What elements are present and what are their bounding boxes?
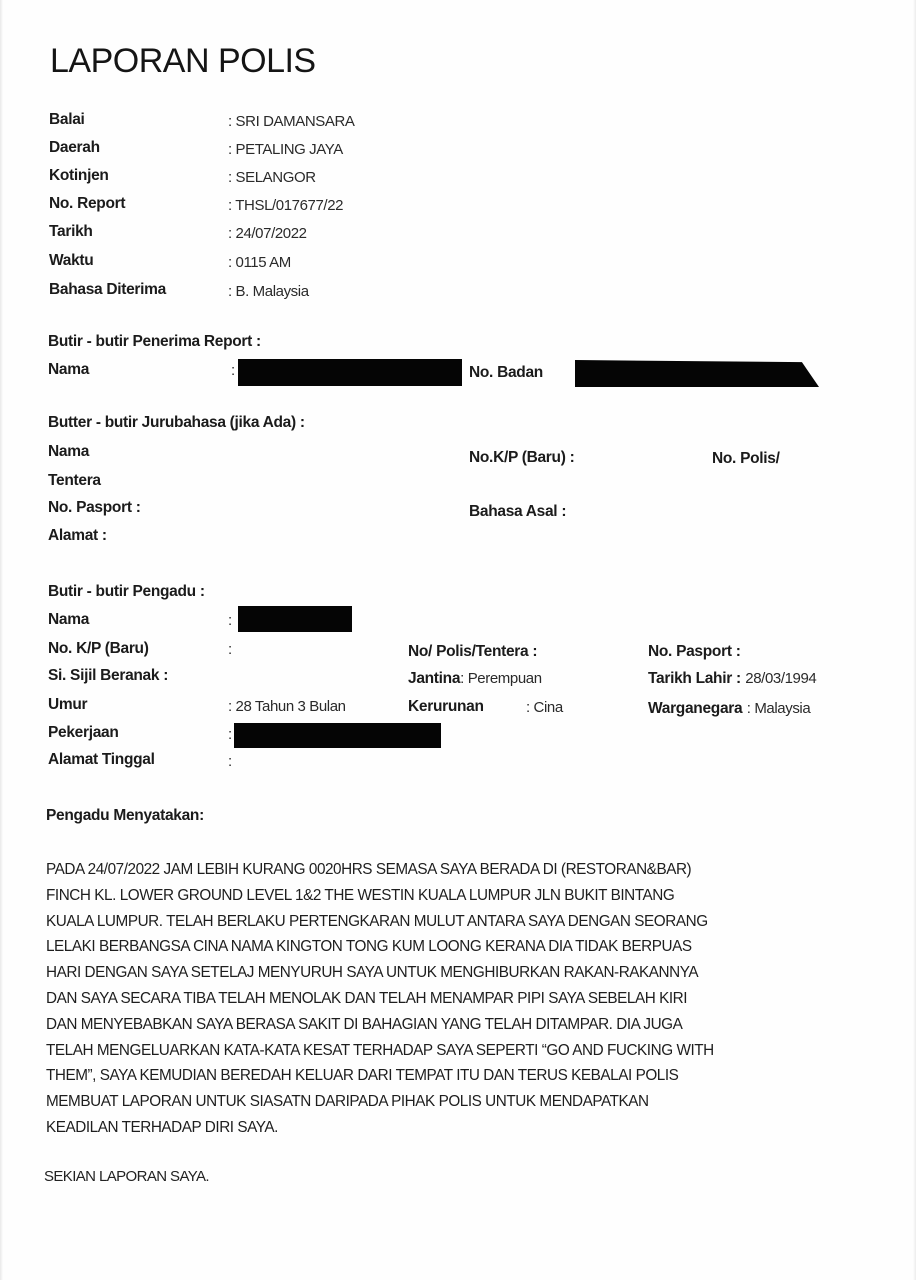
field-label-kotinjen: Kotinjen	[49, 167, 109, 185]
statement-line: DAN MENYEBABKAN SAYA BERASA SAKIT DI BAH…	[46, 1012, 866, 1038]
field-label-bahasa-diterima: Bahasa Diterima	[49, 281, 166, 299]
field-value-kotinjen: : SELANGOR	[228, 169, 316, 186]
field-label-daerah: Daerah	[49, 139, 100, 157]
pengadu-pekerjaan-label: Pekerjaan	[48, 724, 119, 742]
jurubahasa-pasport-label: No. Pasport :	[48, 499, 141, 517]
pengadu-keturunan-label: Kerurunan	[408, 698, 484, 716]
redacted-pengadu-pekerjaan	[234, 723, 441, 748]
jurubahasa-kp-label: No.K/P (Baru) :	[469, 449, 574, 467]
section-heading-pengadu: Butir - butir Pengadu :	[48, 583, 205, 601]
pengadu-keturunan-value: : Cina	[526, 699, 563, 716]
statement-closing: SEKIAN LAPORAN SAYA.	[44, 1168, 209, 1185]
field-label-no-report: No. Report	[49, 195, 125, 213]
pengadu-sijil-label: Si. Sijil Beranak :	[48, 667, 168, 685]
section-heading-jurubahasa: Butter - butir Jurubahasa (jika Ada) :	[48, 414, 305, 432]
field-label-balai: Balai	[49, 111, 85, 129]
redacted-penerima-nama	[238, 359, 462, 386]
pengadu-warganegara-label: Warganegara	[648, 700, 742, 717]
penerima-nama-colon: :	[231, 362, 235, 379]
penerima-badan-label: No. Badan	[469, 364, 543, 382]
statement-body: PADA 24/07/2022 JAM LEBIH KURANG 0020HRS…	[46, 857, 866, 1141]
pengadu-jantina: Jantina: Perempuan	[408, 670, 542, 688]
field-value-daerah: : PETALING JAYA	[228, 141, 343, 158]
statement-line: KEADILAN TERHADAP DIRI SAYA.	[46, 1115, 866, 1141]
pengadu-warganegara-value: : Malaysia	[747, 700, 811, 717]
statement-line: PADA 24/07/2022 JAM LEBIH KURANG 0020HRS…	[46, 857, 866, 883]
pengadu-kp-label: No. K/P (Baru)	[48, 640, 149, 658]
penerima-nama-label: Nama	[48, 361, 89, 379]
redacted-penerima-badan	[575, 360, 819, 387]
field-value-balai: : SRI DAMANSARA	[228, 113, 355, 130]
document-title: LAPORAN POLIS	[50, 42, 316, 81]
pengadu-kp-colon: :	[228, 641, 232, 658]
statement-line: DAN SAYA SECARA TIBA TELAH MENOLAK DAN T…	[46, 986, 866, 1012]
jurubahasa-bahasa-asal-label: Bahasa Asal :	[469, 503, 566, 521]
pengadu-nama-label: Nama	[48, 611, 89, 629]
field-label-tarikh: Tarikh	[49, 223, 93, 241]
pengadu-alamat-label: Alamat Tinggal	[48, 751, 155, 769]
pengadu-umur-value: : 28 Tahun 3 Bulan	[228, 698, 346, 715]
police-report-page: LAPORAN POLIS Balai : SRI DAMANSARA Daer…	[0, 0, 916, 1280]
pengadu-tarikh-lahir-label: Tarikh Lahir :	[648, 670, 741, 687]
pengadu-umur-label: Umur	[48, 696, 87, 714]
field-value-no-report: : THSL/017677/22	[228, 197, 343, 214]
field-value-tarikh: : 24/07/2022	[228, 225, 307, 242]
statement-line: THEM”, SAYA KEMUDIAN BEREDAH KELUAR DARI…	[46, 1063, 866, 1089]
field-label-waktu: Waktu	[49, 252, 93, 270]
statement-heading: Pengadu Menyatakan:	[46, 807, 204, 825]
jurubahasa-alamat-label: Alamat :	[48, 527, 107, 545]
pengadu-pekerjaan-colon: :	[228, 726, 232, 743]
statement-line: LELAKI BERBANGSA CINA NAMA KINGTON TONG …	[46, 934, 866, 960]
jurubahasa-tentera-label: Tentera	[48, 472, 101, 490]
pengadu-jantina-value: : Perempuan	[460, 670, 541, 687]
pengadu-polis-tentera-label: No/ Polis/Tentera :	[408, 643, 537, 661]
pengadu-alamat-colon: :	[228, 753, 232, 770]
jurubahasa-polis-label: No. Polis/	[712, 450, 780, 468]
pengadu-warganegara: Warganegara : Malaysia	[648, 700, 810, 718]
statement-line: MEMBUAT LAPORAN UNTUK SIASATN DARIPADA P…	[46, 1089, 866, 1115]
statement-line: KUALA LUMPUR. TELAH BERLAKU PERTENGKARAN…	[46, 909, 866, 935]
field-value-waktu: : 0115 AM	[228, 254, 291, 271]
jurubahasa-nama-label: Nama	[48, 443, 89, 461]
pengadu-pasport-label: No. Pasport :	[648, 643, 741, 661]
pengadu-tarikh-lahir: Tarikh Lahir : 28/03/1994	[648, 670, 816, 688]
redacted-pengadu-nama	[238, 606, 352, 632]
statement-line: FINCH KL. LOWER GROUND LEVEL 1&2 THE WES…	[46, 883, 866, 909]
field-value-bahasa-diterima: : B. Malaysia	[228, 283, 309, 300]
statement-line: HARI DENGAN SAYA SETELAJ MENYURUH SAYA U…	[46, 960, 866, 986]
scan-edge	[0, 0, 3, 1280]
pengadu-tarikh-lahir-value: 28/03/1994	[745, 670, 816, 687]
pengadu-nama-colon: :	[228, 612, 232, 629]
pengadu-jantina-label: Jantina	[408, 670, 460, 687]
statement-line: TELAH MENGELUARKAN KATA-KATA KESAT TERHA…	[46, 1038, 866, 1064]
section-heading-penerima: Butir - butir Penerima Report :	[48, 333, 261, 351]
